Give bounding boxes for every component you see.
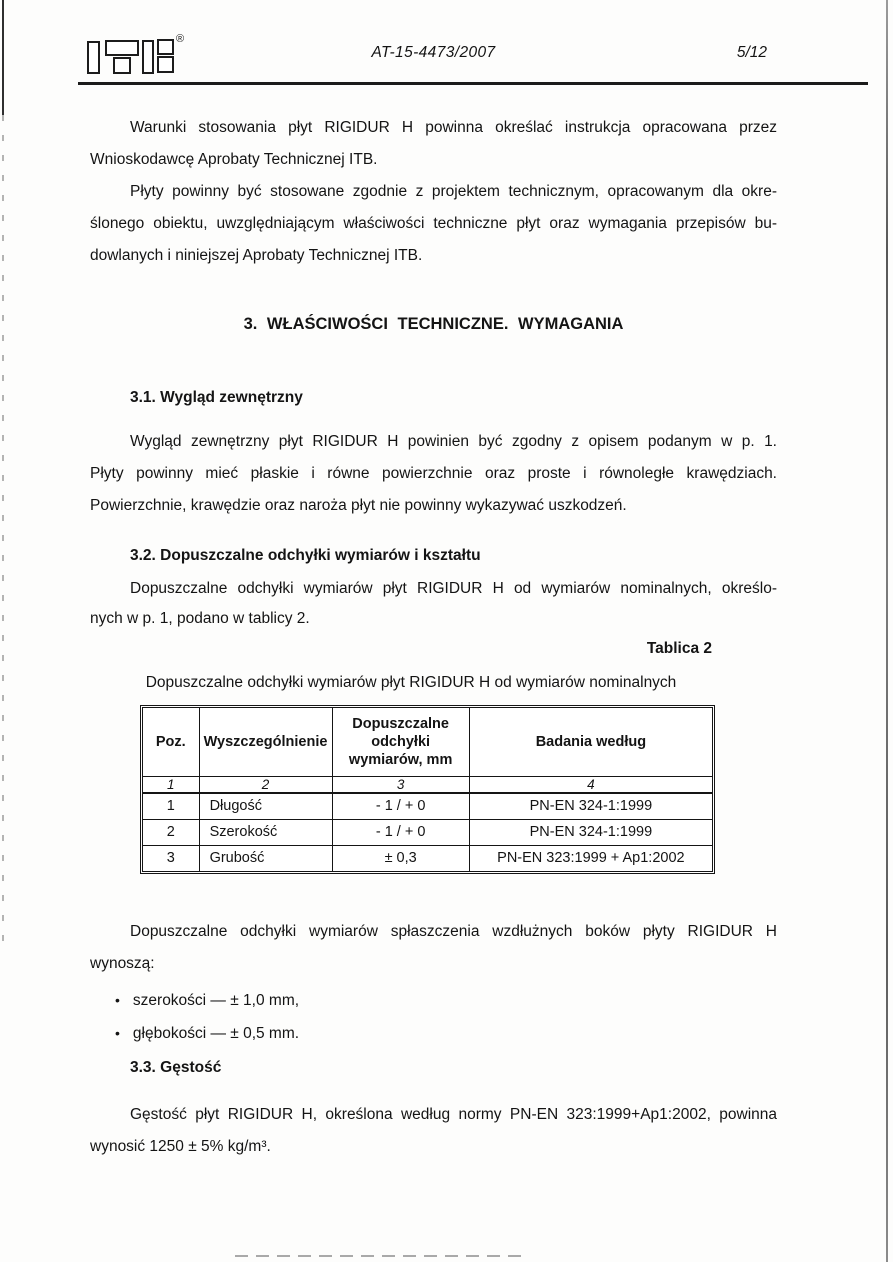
text-line: Warunki stosowania płyt RIGIDUR H powinn… <box>90 112 777 144</box>
section-3-1-title: 3.1. Wygląd zewnętrzny <box>90 382 777 414</box>
bullet-text: szerokości — ± 1,0 mm, <box>133 984 299 1017</box>
table-row: 1Długość- 1 / + 0PN-EN 324-1:1999 <box>143 793 713 819</box>
text-line: nych w p. 1, podano w tablicy 2. <box>90 604 777 634</box>
paragraph-3-2-tolerances: Dopuszczalne odchyłki wymiarów spłaszcze… <box>90 916 777 980</box>
table-column-number-row: 1 2 3 4 <box>143 777 713 794</box>
scan-edge-right <box>886 0 888 1262</box>
text-line: wynosić 1250 ± 5% kg/m³. <box>90 1131 777 1163</box>
list-item: • szerokości — ± 1,0 mm, <box>90 984 777 1017</box>
table-2: Poz. Wyszczególnienie Dopuszczalne odchy… <box>140 705 715 874</box>
page-content: ® AT-15-4473/2007 5/12 Warunki stosowani… <box>90 0 777 1163</box>
table-cell: 1 <box>143 793 200 819</box>
table-body: 1Długość- 1 / + 0PN-EN 324-1:19992Szerok… <box>143 793 713 871</box>
scan-edge-left-dashes <box>2 115 4 955</box>
table-header-odchylki: Dopuszczalne odchyłki wymiarów, mm <box>332 708 469 777</box>
text-line: Wnioskodawcę Aprobaty Technicznej ITB. <box>90 144 777 176</box>
table-col-number: 2 <box>199 777 332 794</box>
table-header-wyszczegolnienie: Wyszczególnienie <box>199 708 332 777</box>
text-line: Wygląd zewnętrzny płyt RIGIDUR H powinie… <box>90 426 777 458</box>
text-line: Dopuszczalne odchyłki wymiarów płyt RIGI… <box>90 574 777 604</box>
table-2-caption: Dopuszczalne odchyłki wymiarów płyt RIGI… <box>90 670 777 696</box>
table-row: 2Szerokość- 1 / + 0PN-EN 324-1:1999 <box>143 819 713 845</box>
table-cell: ± 0,3 <box>332 845 469 871</box>
table-cell: PN-EN 324-1:1999 <box>469 793 712 819</box>
paragraph-3-3: Gęstość płyt RIGIDUR H, określona według… <box>90 1099 777 1163</box>
table-cell: 2 <box>143 819 200 845</box>
document-header: ® AT-15-4473/2007 5/12 <box>90 30 777 80</box>
paragraph-3-1: Wygląd zewnętrzny płyt RIGIDUR H powinie… <box>90 426 777 522</box>
header-rule <box>78 82 868 85</box>
text-line: ślonego obiektu, uwzględniającym właściw… <box>90 208 777 240</box>
table-cell: - 1 / + 0 <box>332 793 469 819</box>
document-page: ® AT-15-4473/2007 5/12 Warunki stosowani… <box>0 0 893 1262</box>
table-cell: Szerokość <box>199 819 332 845</box>
table-header-row: Poz. Wyszczególnienie Dopuszczalne odchy… <box>143 708 713 777</box>
document-number: AT-15-4473/2007 <box>90 44 777 62</box>
scan-bottom-artifact <box>235 1255 527 1257</box>
text-line: Płyty powinny mieć płaskie i równe powie… <box>90 458 777 490</box>
table-col-number: 1 <box>143 777 200 794</box>
paragraph-intro-1: Warunki stosowania płyt RIGIDUR H powinn… <box>90 112 777 176</box>
text-line: dowlanych i niniejszej Aprobaty Technicz… <box>90 240 777 272</box>
section-3-2-title: 3.2. Dopuszczalne odchyłki wymiarów i ks… <box>90 540 777 572</box>
scan-edge-left <box>2 0 4 115</box>
list-item: • głębokości — ± 0,5 mm. <box>90 1017 777 1050</box>
table-col-number: 4 <box>469 777 712 794</box>
tolerance-bullet-list: • szerokości — ± 1,0 mm, • głębokości — … <box>90 984 777 1050</box>
text-line: Płyty powinny być stosowane zgodnie z pr… <box>90 176 777 208</box>
bullet-icon: • <box>115 984 120 1017</box>
table-cell: Grubość <box>199 845 332 871</box>
table-col-number: 3 <box>332 777 469 794</box>
text-line: Powierzchnie, krawędzie oraz naroża płyt… <box>90 490 777 522</box>
table-header-badania: Badania według <box>469 708 712 777</box>
table-cell: 3 <box>143 845 200 871</box>
table-row: 3Grubość± 0,3PN-EN 323:1999 + Ap1:2002 <box>143 845 713 871</box>
table-header-poz: Poz. <box>143 708 200 777</box>
section-3-3-title: 3.3. Gęstość <box>90 1052 777 1084</box>
table-cell: Długość <box>199 793 332 819</box>
paragraph-intro-2: Płyty powinny być stosowane zgodnie z pr… <box>90 176 777 272</box>
table-cell: PN-EN 324-1:1999 <box>469 819 712 845</box>
bullet-text: głębokości — ± 0,5 mm. <box>133 1017 299 1050</box>
bullet-icon: • <box>115 1017 120 1050</box>
page-number: 5/12 <box>737 44 767 62</box>
table-cell: - 1 / + 0 <box>332 819 469 845</box>
text-line: Dopuszczalne odchyłki wymiarów spłaszcze… <box>90 916 777 948</box>
table-cell: PN-EN 323:1999 + Ap1:2002 <box>469 845 712 871</box>
section-3-title: 3. WŁAŚCIWOŚCI TECHNICZNE. WYMAGANIA <box>90 308 777 340</box>
text-line: wynoszą: <box>90 948 777 980</box>
text-line: Gęstość płyt RIGIDUR H, określona według… <box>90 1099 777 1131</box>
table-2-label: Tablica 2 <box>90 634 777 664</box>
paragraph-3-2: Dopuszczalne odchyłki wymiarów płyt RIGI… <box>90 574 777 634</box>
